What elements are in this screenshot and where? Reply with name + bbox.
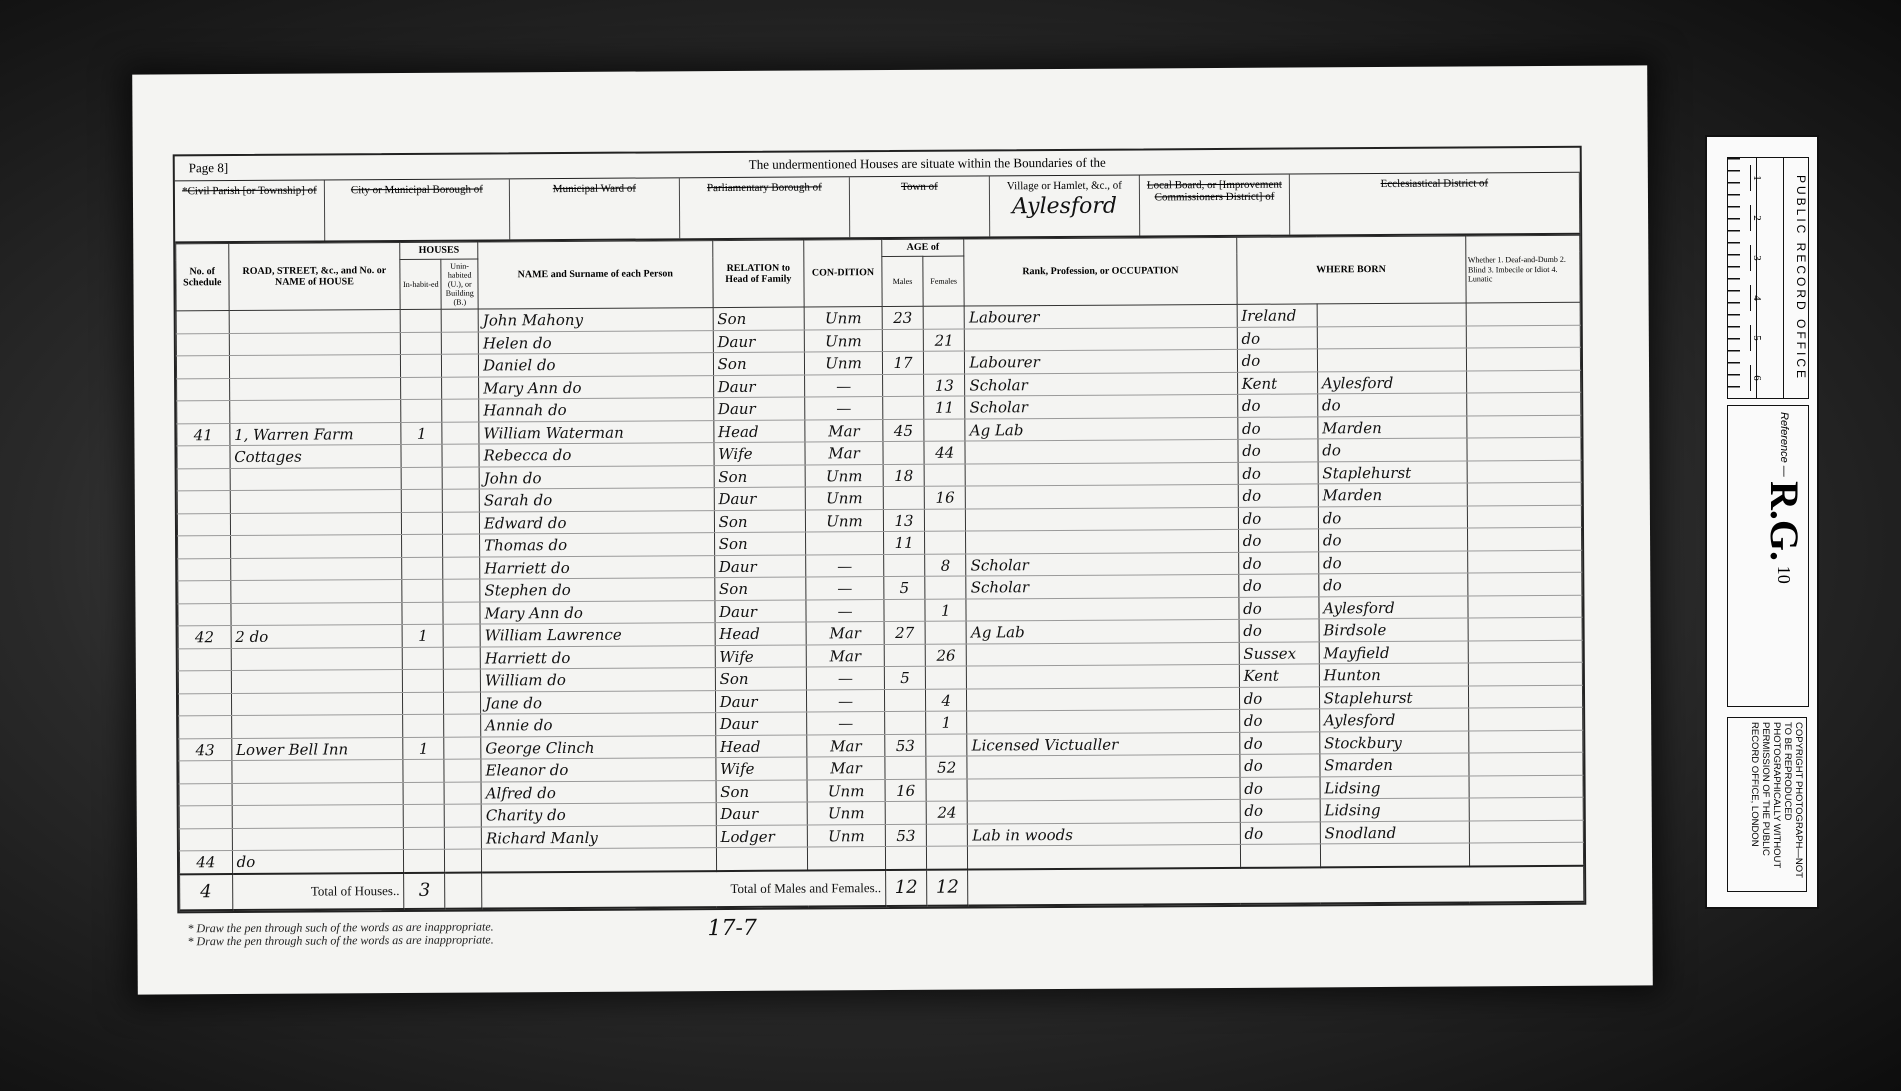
census-page: Page 8] The undermentioned Houses are si… — [132, 65, 1653, 994]
cell-empty — [443, 579, 480, 602]
cell-name: Rebecca do — [479, 443, 714, 467]
cell-occupation — [966, 485, 1238, 509]
cell-inhabited — [403, 760, 444, 783]
cell-schedule — [179, 783, 232, 806]
cell-empty — [1468, 708, 1583, 731]
cell-female-age: 13 — [924, 374, 965, 397]
cell-place: do — [1318, 528, 1467, 551]
cell-occupation: Scholar — [966, 552, 1238, 576]
boundary-field-value — [181, 199, 318, 200]
cell-empty — [1469, 820, 1584, 843]
cell-place: Aylesford — [1319, 708, 1468, 731]
cell-county: Kent — [1239, 664, 1319, 687]
cell-female-age — [925, 666, 966, 689]
cell-road — [229, 355, 401, 379]
cell-inhabited — [401, 355, 442, 378]
cell-schedule — [178, 581, 231, 604]
cell-county: do — [1238, 484, 1318, 507]
cell-county: do — [1237, 349, 1317, 372]
cell-relation: Head — [713, 420, 805, 443]
cell-name: William Lawrence — [480, 623, 715, 647]
cell-male-age: 16 — [885, 779, 926, 802]
office-name: PUBLIC RECORD OFFICE — [1784, 158, 1808, 398]
cell-road — [230, 467, 402, 491]
cell-relation: Son — [714, 577, 806, 600]
cell-inhabited — [404, 850, 445, 873]
cell-occupation: Labourer — [965, 350, 1237, 374]
cell-condition: — — [807, 712, 885, 735]
cell-inhabited — [402, 647, 443, 670]
cell-place: Snodland — [1320, 821, 1469, 844]
cell-male-age — [883, 397, 924, 420]
boundary-field: City or Municipal Borough of — [325, 179, 510, 240]
boundary-field-value — [516, 196, 673, 197]
cell-empty — [443, 467, 480, 490]
cell-empty — [442, 444, 479, 467]
cell-relation: Daur — [714, 487, 806, 510]
cell-name — [482, 848, 717, 872]
cell-county — [1240, 844, 1320, 867]
archive-tag: 123456 PUBLIC RECORD OFFICE Reference — … — [1705, 135, 1819, 909]
cell-occupation: Licensed Victualler — [967, 732, 1239, 756]
cell-relation: Son — [713, 307, 805, 330]
cell-schedule — [179, 761, 232, 784]
cell-empty — [444, 737, 481, 760]
cell-place: Marden — [1318, 483, 1467, 506]
cell-county: do — [1238, 439, 1318, 462]
cell-male-age — [883, 487, 924, 510]
cell-inhabited — [402, 535, 443, 558]
cell-road — [231, 715, 403, 739]
col-where-born: WHERE BORN — [1236, 236, 1465, 305]
cell-condition — [806, 532, 884, 555]
cell-relation: Head — [715, 735, 807, 758]
cell-schedule — [178, 693, 231, 716]
cell-relation: Son — [715, 667, 807, 690]
cell-inhabited — [403, 715, 444, 738]
cell-condition — [808, 847, 886, 870]
cell-inhabited — [401, 400, 442, 423]
cell-condition: Mar — [805, 442, 883, 465]
cell-place — [1320, 843, 1469, 867]
cell-relation: Daur — [713, 397, 805, 420]
cell-occupation — [965, 462, 1237, 486]
scale-number: 4 — [1750, 285, 1790, 311]
cell-inhabited — [403, 670, 444, 693]
cell-occupation — [965, 327, 1237, 351]
cell-occupation: Ag Lab — [966, 620, 1238, 644]
scale-number: 2 — [1750, 205, 1790, 231]
cell-name: John Mahony — [478, 308, 713, 332]
scale-number: 1 — [1750, 165, 1790, 191]
cell-condition: — — [807, 689, 885, 712]
boundary-field-value — [1296, 191, 1573, 193]
cell-schedule — [177, 401, 230, 424]
cell-county: do — [1237, 394, 1317, 417]
cell-male-age — [883, 374, 924, 397]
cell-schedule — [177, 491, 230, 514]
cell-empty — [445, 804, 482, 827]
cell-county: do — [1238, 507, 1318, 530]
col-houses: HOUSES — [400, 242, 478, 259]
cell-road — [231, 647, 403, 671]
cell-inhabited: 1 — [401, 422, 442, 445]
boundary-field-label: Local Board, or [Improvement Commissione… — [1146, 179, 1283, 204]
cell-empty — [443, 489, 480, 512]
cell-male-age: 5 — [884, 667, 925, 690]
cell-empty — [443, 602, 480, 625]
cell-condition: Unm — [805, 487, 883, 510]
cell-place: do — [1319, 573, 1468, 596]
cell-relation: Daur — [716, 802, 808, 825]
cell-place: do — [1318, 438, 1467, 461]
cell-name: Richard Manly — [481, 826, 716, 850]
cell-occupation — [967, 687, 1239, 711]
cell-inhabited — [403, 692, 444, 715]
boundary-field: Local Board, or [Improvement Commissione… — [1140, 175, 1290, 236]
cell-relation: Wife — [715, 645, 807, 668]
cell-female-age — [925, 621, 966, 644]
cell-occupation — [966, 507, 1238, 531]
cell-male-age — [882, 329, 923, 352]
cell-place: do — [1318, 551, 1467, 574]
cell-name: Annie do — [481, 713, 716, 737]
total-houses-value: 3 — [419, 880, 431, 901]
cell-empty — [443, 512, 480, 535]
cell-schedule: 43 — [179, 738, 232, 761]
cell-condition: Unm — [804, 307, 882, 330]
cell-male-age: 53 — [885, 824, 926, 847]
cell-inhabited: 1 — [403, 737, 444, 760]
cell-empty — [1466, 348, 1581, 371]
cell-relation: Son — [714, 465, 806, 488]
cell-male-age — [884, 554, 925, 577]
cell-female-age — [926, 824, 967, 847]
cell-schedule — [178, 671, 231, 694]
cell-place — [1317, 303, 1466, 326]
cell-male-age: 5 — [884, 577, 925, 600]
cell-place: do — [1317, 393, 1466, 416]
cell-male-age: 53 — [885, 734, 926, 757]
cell-name: William Waterman — [479, 421, 714, 445]
cell-schedule — [179, 806, 232, 829]
cell-relation: Son — [716, 780, 808, 803]
cell-road — [231, 602, 403, 626]
cell-empty — [1466, 393, 1581, 416]
cell-road — [230, 557, 402, 581]
cell-county: do — [1240, 777, 1320, 800]
cell-female-age — [924, 351, 965, 374]
cell-empty — [1467, 573, 1582, 596]
cell-female-age — [924, 419, 965, 442]
cell-empty — [1467, 505, 1582, 528]
cell-empty — [442, 422, 479, 445]
cell-female-age: 44 — [924, 441, 965, 464]
cell-place: do — [1318, 506, 1467, 529]
cell-condition: — — [806, 599, 884, 622]
total-houses-label: Total of Houses.. — [232, 873, 404, 910]
boundary-field-label: Municipal Ward of — [516, 182, 673, 195]
cell-road — [229, 332, 401, 356]
folio-mark: 17-7 — [707, 916, 757, 941]
col-males: Males — [882, 256, 923, 307]
cell-road — [229, 377, 401, 401]
cell-road — [232, 805, 404, 829]
cell-name: Jane do — [481, 691, 716, 715]
cell-empty — [442, 377, 479, 400]
cell-name: Hannah do — [479, 398, 714, 422]
cell-condition: Unm — [805, 352, 883, 375]
cell-name: Harriett do — [480, 556, 715, 580]
cell-female-age: 8 — [925, 554, 966, 577]
cell-empty — [444, 759, 481, 782]
cell-empty — [1467, 550, 1582, 573]
cell-male-age: 11 — [883, 532, 924, 555]
boundary-field-label: Parliamentary Borough of — [686, 181, 843, 194]
cell-name: Daniel do — [478, 353, 713, 377]
cell-male-age: 45 — [883, 419, 924, 442]
piece-number: 10 — [1774, 566, 1794, 584]
cell-empty — [1468, 640, 1583, 663]
cell-female-age: 26 — [925, 644, 966, 667]
cell-schedule — [178, 603, 231, 626]
boundary-field-value — [1146, 205, 1283, 206]
cell-occupation — [965, 440, 1237, 464]
cell-relation: Daur — [713, 375, 805, 398]
boundary-field-label: Village or Hamlet, &c., of — [996, 180, 1133, 193]
series-code: R.G. — [1762, 481, 1807, 561]
cell-occupation — [966, 530, 1238, 554]
cell-relation: Lodger — [716, 825, 808, 848]
cell-county: do — [1240, 822, 1320, 845]
cell-empty — [1468, 663, 1583, 686]
boundary-field: Village or Hamlet, &c., ofAylesford — [990, 175, 1140, 236]
cell-empty — [445, 827, 482, 850]
cell-female-age — [926, 779, 967, 802]
cell-road: do — [232, 850, 404, 874]
cell-condition: — — [805, 397, 883, 420]
col-name: NAME and Surname of each Person — [478, 241, 713, 310]
cell-name: Harriett do — [480, 646, 715, 670]
cell-male-age — [885, 802, 926, 825]
cell-male-age: 18 — [883, 464, 924, 487]
cell-inhabited — [401, 445, 442, 468]
cell-name: Stephen do — [480, 578, 715, 602]
boundary-field: *Civil Parish [or Township] of — [175, 180, 325, 241]
cell-schedule — [179, 716, 232, 739]
cell-empty — [444, 647, 481, 670]
cell-female-age: 52 — [926, 756, 967, 779]
col-road: ROAD, STREET, &c., and No. or NAME of HO… — [228, 243, 400, 311]
total-persons-label: Total of Males and Females.. — [482, 870, 886, 908]
cell-female-age — [925, 576, 966, 599]
boundary-field-label: City or Municipal Borough of — [331, 183, 503, 196]
cell-empty — [1468, 685, 1583, 708]
cell-condition: — — [806, 554, 884, 577]
boundary-field-value — [686, 195, 843, 196]
cell-female-age: 11 — [924, 396, 965, 419]
scale-ruler: 123456 PUBLIC RECORD OFFICE — [1727, 157, 1809, 399]
cell-male-age — [885, 712, 926, 735]
cell-occupation — [967, 777, 1239, 801]
cell-schedule — [178, 648, 231, 671]
cell-name: Alfred do — [481, 781, 716, 805]
cell-female-age — [924, 464, 965, 487]
cell-relation: Son — [714, 532, 806, 555]
boundary-field: Municipal Ward of — [510, 178, 680, 239]
cell-female-age — [923, 306, 964, 329]
cell-condition: Mar — [807, 757, 885, 780]
cell-name: George Clinch — [481, 736, 716, 760]
cell-empty — [1466, 303, 1581, 326]
cell-road — [232, 782, 404, 806]
cell-county: Ireland — [1237, 304, 1317, 327]
cell-name: John do — [479, 466, 714, 490]
cell-empty — [444, 624, 481, 647]
page-number: Page 8] — [175, 157, 749, 177]
cell-county: do — [1237, 417, 1317, 440]
cell-female-age: 21 — [923, 329, 964, 352]
cell-county: Kent — [1237, 372, 1317, 395]
cell-condition: Mar — [806, 622, 884, 645]
cell-male-age — [885, 757, 926, 780]
footnote: * Draw the pen through such of the words… — [187, 920, 493, 948]
cell-place: Marden — [1318, 416, 1467, 439]
cell-empty — [1467, 528, 1582, 551]
cell-empty — [1469, 775, 1584, 798]
cell-empty — [442, 354, 479, 377]
census-form: Page 8] The undermentioned Houses are si… — [173, 146, 1587, 914]
cell-road: Lower Bell Inn — [231, 737, 403, 761]
cell-schedule — [176, 333, 229, 356]
cell-name: Edward do — [479, 511, 714, 535]
cell-condition: — — [806, 667, 884, 690]
cell-female-age: 4 — [926, 689, 967, 712]
cell-female-age: 1 — [925, 599, 966, 622]
cell-road — [231, 670, 403, 694]
cell-name: Eleanor do — [481, 758, 716, 782]
total-schedules: 4 — [200, 882, 212, 903]
cell-male-age — [884, 599, 925, 622]
cell-place: Mayfield — [1319, 641, 1468, 664]
cell-female-age — [925, 531, 966, 554]
cell-place — [1317, 326, 1466, 349]
cell-county: do — [1238, 552, 1318, 575]
scale-number: 3 — [1750, 245, 1790, 271]
total-males: 12 — [895, 877, 918, 898]
boundaries-banner: The undermentioned Houses are situate wi… — [749, 152, 1580, 173]
col-relation: RELATION to Head of Family — [712, 240, 804, 308]
cell-occupation — [967, 642, 1239, 666]
cell-empty — [1468, 753, 1583, 776]
cell-condition: Mar — [807, 734, 885, 757]
cell-empty — [444, 669, 481, 692]
cell-occupation — [968, 845, 1240, 870]
cell-female-age — [925, 509, 966, 532]
cell-place: Birdsole — [1319, 618, 1468, 641]
cell-occupation: Lab in woods — [968, 822, 1240, 846]
cell-relation — [716, 847, 808, 871]
cell-county: do — [1238, 462, 1318, 485]
cell-inhabited — [402, 557, 443, 580]
cell-inhabited — [402, 602, 443, 625]
cell-occupation — [967, 710, 1239, 734]
cell-place: Aylesford — [1317, 371, 1466, 394]
cell-occupation: Ag Lab — [965, 417, 1237, 441]
copyright-notice: COPYRIGHT PHOTOGRAPH—NOT TO BE REPRODUCE… — [1727, 717, 1807, 892]
cell-name: Thomas do — [480, 533, 715, 557]
cell-county: do — [1239, 732, 1319, 755]
cell-empty — [1469, 798, 1584, 821]
cell-county: do — [1239, 597, 1319, 620]
col-uninhabited: Unin-habited (U.), or Building (B.) — [441, 259, 478, 310]
cell-condition: Unm — [805, 464, 883, 487]
boundary-field-value: Aylesford — [996, 194, 1133, 220]
cell-empty — [444, 692, 481, 715]
cell-place: Aylesford — [1319, 596, 1468, 619]
boundary-fields: *Civil Parish [or Township] ofCity or Mu… — [175, 173, 1580, 244]
col-whether: Whether 1. Deaf-and-Dumb 2. Blind 3. Imb… — [1465, 235, 1580, 303]
cell-road: Cottages — [230, 445, 402, 469]
cell-empty — [1466, 438, 1581, 461]
cell-empty — [444, 714, 481, 737]
cell-empty — [1467, 483, 1582, 506]
cell-empty — [1468, 730, 1583, 753]
cell-schedule — [177, 378, 230, 401]
cell-condition: — — [806, 577, 884, 600]
cell-empty — [442, 332, 479, 355]
cell-schedule — [179, 828, 232, 851]
cell-empty — [1468, 618, 1583, 641]
cell-inhabited — [401, 467, 442, 490]
cell-male-age — [885, 847, 926, 870]
cell-condition: Unm — [806, 509, 884, 532]
cell-schedule: 41 — [177, 423, 230, 446]
col-age: AGE of — [882, 239, 964, 256]
cell-place: Stockbury — [1319, 731, 1468, 754]
boundary-field-value — [856, 194, 983, 195]
cell-empty — [445, 849, 482, 872]
cell-male-age — [884, 689, 925, 712]
boundary-field-label: Town of — [856, 180, 983, 193]
cell-male-age: 17 — [882, 352, 923, 375]
cell-county: do — [1238, 574, 1318, 597]
cell-county: do — [1237, 327, 1317, 350]
cell-place: Staplehurst — [1319, 686, 1468, 709]
cell-place: Staplehurst — [1318, 461, 1467, 484]
cell-county: do — [1239, 687, 1319, 710]
cell-condition: Mar — [805, 419, 883, 442]
total-females: 12 — [936, 877, 959, 898]
cell-place: Smarden — [1320, 753, 1469, 776]
cell-inhabited: 1 — [402, 625, 443, 648]
col-schedule: No. of Schedule — [176, 244, 229, 312]
cell-relation: Head — [715, 622, 807, 645]
cell-female-age: 1 — [926, 711, 967, 734]
cell-empty — [1466, 325, 1581, 348]
cell-condition: — — [805, 374, 883, 397]
cell-county: do — [1240, 799, 1320, 822]
cell-inhabited — [402, 580, 443, 603]
cell-road — [232, 760, 404, 784]
boundary-field: Ecclesiastical District of — [1290, 173, 1580, 235]
cell-relation: Wife — [716, 757, 808, 780]
cell-empty — [1467, 595, 1582, 618]
cell-occupation — [967, 665, 1239, 689]
cell-occupation: Scholar — [966, 575, 1238, 599]
cell-schedule: 42 — [178, 626, 231, 649]
cell-relation: Daur — [713, 330, 805, 353]
